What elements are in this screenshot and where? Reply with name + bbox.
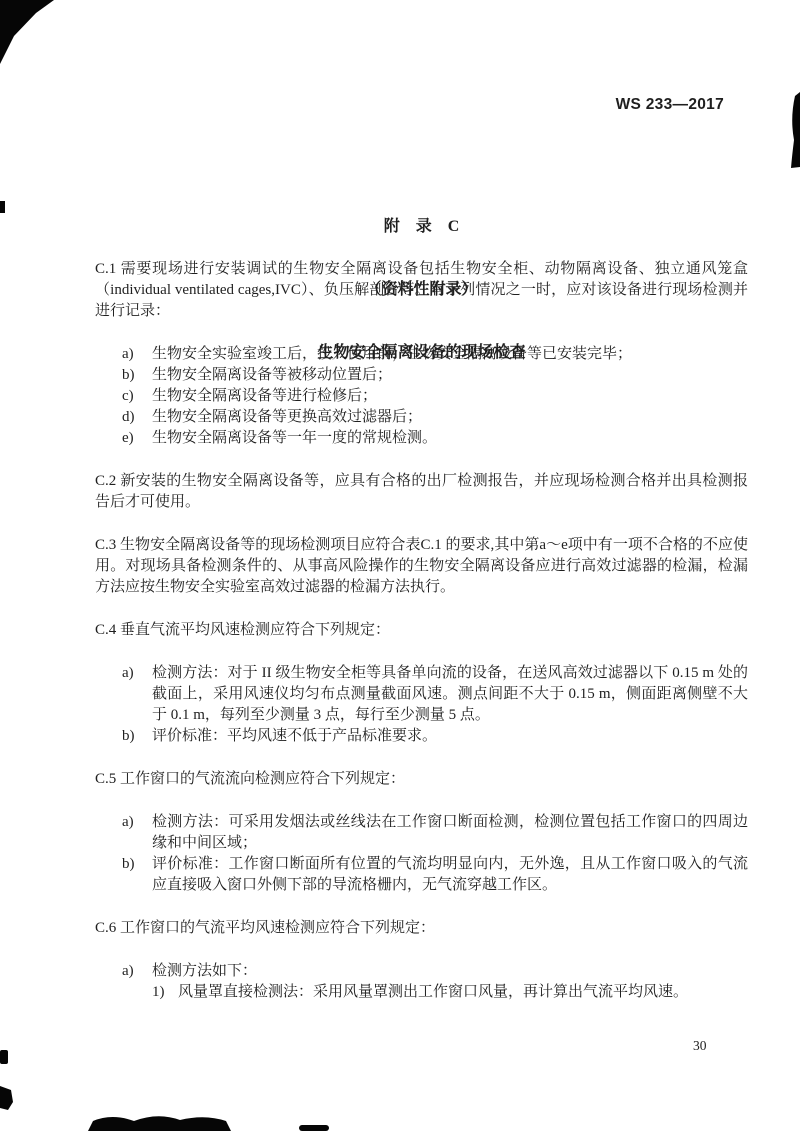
section-text: 需要现场进行安装调试的生物安全隔离设备包括生物安全柜、动物隔离设备、独立通风笼盒… bbox=[95, 261, 748, 319]
section-text: 生物安全隔离设备等的现场检测项目应符合表C.1 的要求,其中第a～e项中有一项不… bbox=[95, 537, 748, 595]
section-C.2: C.2 新安装的生物安全隔离设备等，应具有合格的出厂检测报告，并应现场检测合格并… bbox=[95, 471, 748, 513]
item-text: 检测方法如下： bbox=[152, 961, 748, 982]
item-text: 评价标准：工作窗口断面所有位置的气流均明显向内，无外逸，且从工作窗口吸入的气流应… bbox=[152, 854, 748, 896]
scan-artifact-bottom-dot bbox=[299, 1125, 329, 1131]
list-item: a)检测方法如下： bbox=[95, 961, 748, 982]
item-label: b) bbox=[122, 854, 152, 875]
scan-artifact-left-edge bbox=[0, 201, 5, 213]
item-text: 生物安全隔离设备等进行检修后； bbox=[152, 386, 748, 407]
section-paragraph: C.5 工作窗口的气流流向检测应符合下列规定： bbox=[95, 769, 748, 790]
item-text: 生物安全隔离设备等一年一度的常规检测。 bbox=[152, 428, 748, 449]
list-subitem: 1)风量罩直接检测法：采用风量罩测出工作窗口风量，再计算出气流平均风速。 bbox=[95, 982, 748, 1003]
appendix-title: 附 录 C bbox=[95, 216, 748, 237]
section-label: C.6 bbox=[95, 920, 116, 936]
section-paragraph: C.3 生物安全隔离设备等的现场检测项目应符合表C.1 的要求,其中第a～e项中… bbox=[95, 535, 748, 598]
scan-artifact-right-edge bbox=[791, 92, 800, 168]
item-label: a) bbox=[122, 344, 152, 365]
item-label: a) bbox=[122, 961, 152, 982]
section-C.3: C.3 生物安全隔离设备等的现场检测项目应符合表C.1 的要求,其中第a～e项中… bbox=[95, 535, 748, 598]
item-label: b) bbox=[122, 726, 152, 747]
section-label: C.4 bbox=[95, 622, 116, 638]
item-label: d) bbox=[122, 407, 152, 428]
item-label: a) bbox=[122, 663, 152, 684]
section-items: a)生物安全实验室竣工后，投入使用前，生物安全隔离设备等已安装完毕；b)生物安全… bbox=[95, 344, 748, 449]
item-text: 评价标准：平均风速不低于产品标准要求。 bbox=[152, 726, 748, 747]
list-item: a)检测方法：可采用发烟法或丝线法在工作窗口断面检测，检测位置包括工作窗口的四周… bbox=[95, 812, 748, 854]
section-C.4: C.4 垂直气流平均风速检测应符合下列规定：a)检测方法：对于 II 级生物安全… bbox=[95, 620, 748, 747]
section-items: a)检测方法：对于 II 级生物安全柜等具备单向流的设备，在送风高效过滤器以下 … bbox=[95, 663, 748, 747]
list-item: b)评价标准：平均风速不低于产品标准要求。 bbox=[95, 726, 748, 747]
section-text: 垂直气流平均风速检测应符合下列规定： bbox=[116, 622, 390, 638]
list-item: d)生物安全隔离设备等更换高效过滤器后； bbox=[95, 407, 748, 428]
section-label: C.2 bbox=[95, 473, 116, 489]
list-item: c)生物安全隔离设备等进行检修后； bbox=[95, 386, 748, 407]
section-items: a)检测方法：可采用发烟法或丝线法在工作窗口断面检测，检测位置包括工作窗口的四周… bbox=[95, 812, 748, 896]
section-paragraph: C.1 需要现场进行安装调试的生物安全隔离设备包括生物安全柜、动物隔离设备、独立… bbox=[95, 259, 748, 322]
document-sections: C.1 需要现场进行安装调试的生物安全隔离设备包括生物安全柜、动物隔离设备、独立… bbox=[95, 259, 748, 1003]
scan-artifact-bottom-left-2 bbox=[0, 1086, 13, 1110]
section-C.1: C.1 需要现场进行安装调试的生物安全隔离设备包括生物安全柜、动物隔离设备、独立… bbox=[95, 259, 748, 449]
section-C.5: C.5 工作窗口的气流流向检测应符合下列规定：a)检测方法：可采用发烟法或丝线法… bbox=[95, 769, 748, 896]
item-label: b) bbox=[122, 365, 152, 386]
list-item: a)检测方法：对于 II 级生物安全柜等具备单向流的设备，在送风高效过滤器以下 … bbox=[95, 663, 748, 726]
section-C.6: C.6 工作窗口的气流平均风速检测应符合下列规定：a)检测方法如下：1)风量罩直… bbox=[95, 918, 748, 1003]
section-label: C.1 bbox=[95, 261, 116, 277]
item-text: 生物安全隔离设备等被移动位置后； bbox=[152, 365, 748, 386]
section-label: C.5 bbox=[95, 771, 116, 787]
scan-artifact-bottom-left-1 bbox=[0, 1050, 8, 1064]
item-label: a) bbox=[122, 812, 152, 833]
document-page: WS 233—2017 附 录 C （资料性附录） 生物安全隔离设备的现场检查 … bbox=[0, 0, 800, 1131]
section-paragraph: C.2 新安装的生物安全隔离设备等，应具有合格的出厂检测报告，并应现场检测合格并… bbox=[95, 471, 748, 513]
page-number: 30 bbox=[693, 1038, 707, 1054]
scan-artifact-bottom-smudge bbox=[88, 1116, 231, 1131]
item-text: 检测方法：对于 II 级生物安全柜等具备单向流的设备，在送风高效过滤器以下 0.… bbox=[152, 663, 748, 726]
item-text: 检测方法：可采用发烟法或丝线法在工作窗口断面检测，检测位置包括工作窗口的四周边缘… bbox=[152, 812, 748, 854]
standard-number: WS 233—2017 bbox=[616, 96, 724, 114]
section-paragraph: C.6 工作窗口的气流平均风速检测应符合下列规定： bbox=[95, 918, 748, 939]
section-paragraph: C.4 垂直气流平均风速检测应符合下列规定： bbox=[95, 620, 748, 641]
item-label: c) bbox=[122, 386, 152, 407]
subitem-label: 1) bbox=[152, 982, 178, 1003]
item-label: e) bbox=[122, 428, 152, 449]
section-text: 新安装的生物安全隔离设备等，应具有合格的出厂检测报告，并应现场检测合格并出具检测… bbox=[95, 473, 748, 510]
item-text: 生物安全实验室竣工后，投入使用前，生物安全隔离设备等已安装完毕； bbox=[152, 344, 748, 365]
section-text: 工作窗口的气流流向检测应符合下列规定： bbox=[116, 771, 405, 787]
list-item: e)生物安全隔离设备等一年一度的常规检测。 bbox=[95, 428, 748, 449]
section-label: C.3 bbox=[95, 537, 116, 553]
item-text: 生物安全隔离设备等更换高效过滤器后； bbox=[152, 407, 748, 428]
section-text: 工作窗口的气流平均风速检测应符合下列规定： bbox=[116, 920, 435, 936]
list-item: b)生物安全隔离设备等被移动位置后； bbox=[95, 365, 748, 386]
scan-artifact-top-left bbox=[0, 0, 54, 64]
list-item: a)生物安全实验室竣工后，投入使用前，生物安全隔离设备等已安装完毕； bbox=[95, 344, 748, 365]
section-items: a)检测方法如下：1)风量罩直接检测法：采用风量罩测出工作窗口风量，再计算出气流… bbox=[95, 961, 748, 1003]
list-item: b)评价标准：工作窗口断面所有位置的气流均明显向内，无外逸，且从工作窗口吸入的气… bbox=[95, 854, 748, 896]
subitem-text: 风量罩直接检测法：采用风量罩测出工作窗口风量，再计算出气流平均风速。 bbox=[178, 982, 748, 1003]
